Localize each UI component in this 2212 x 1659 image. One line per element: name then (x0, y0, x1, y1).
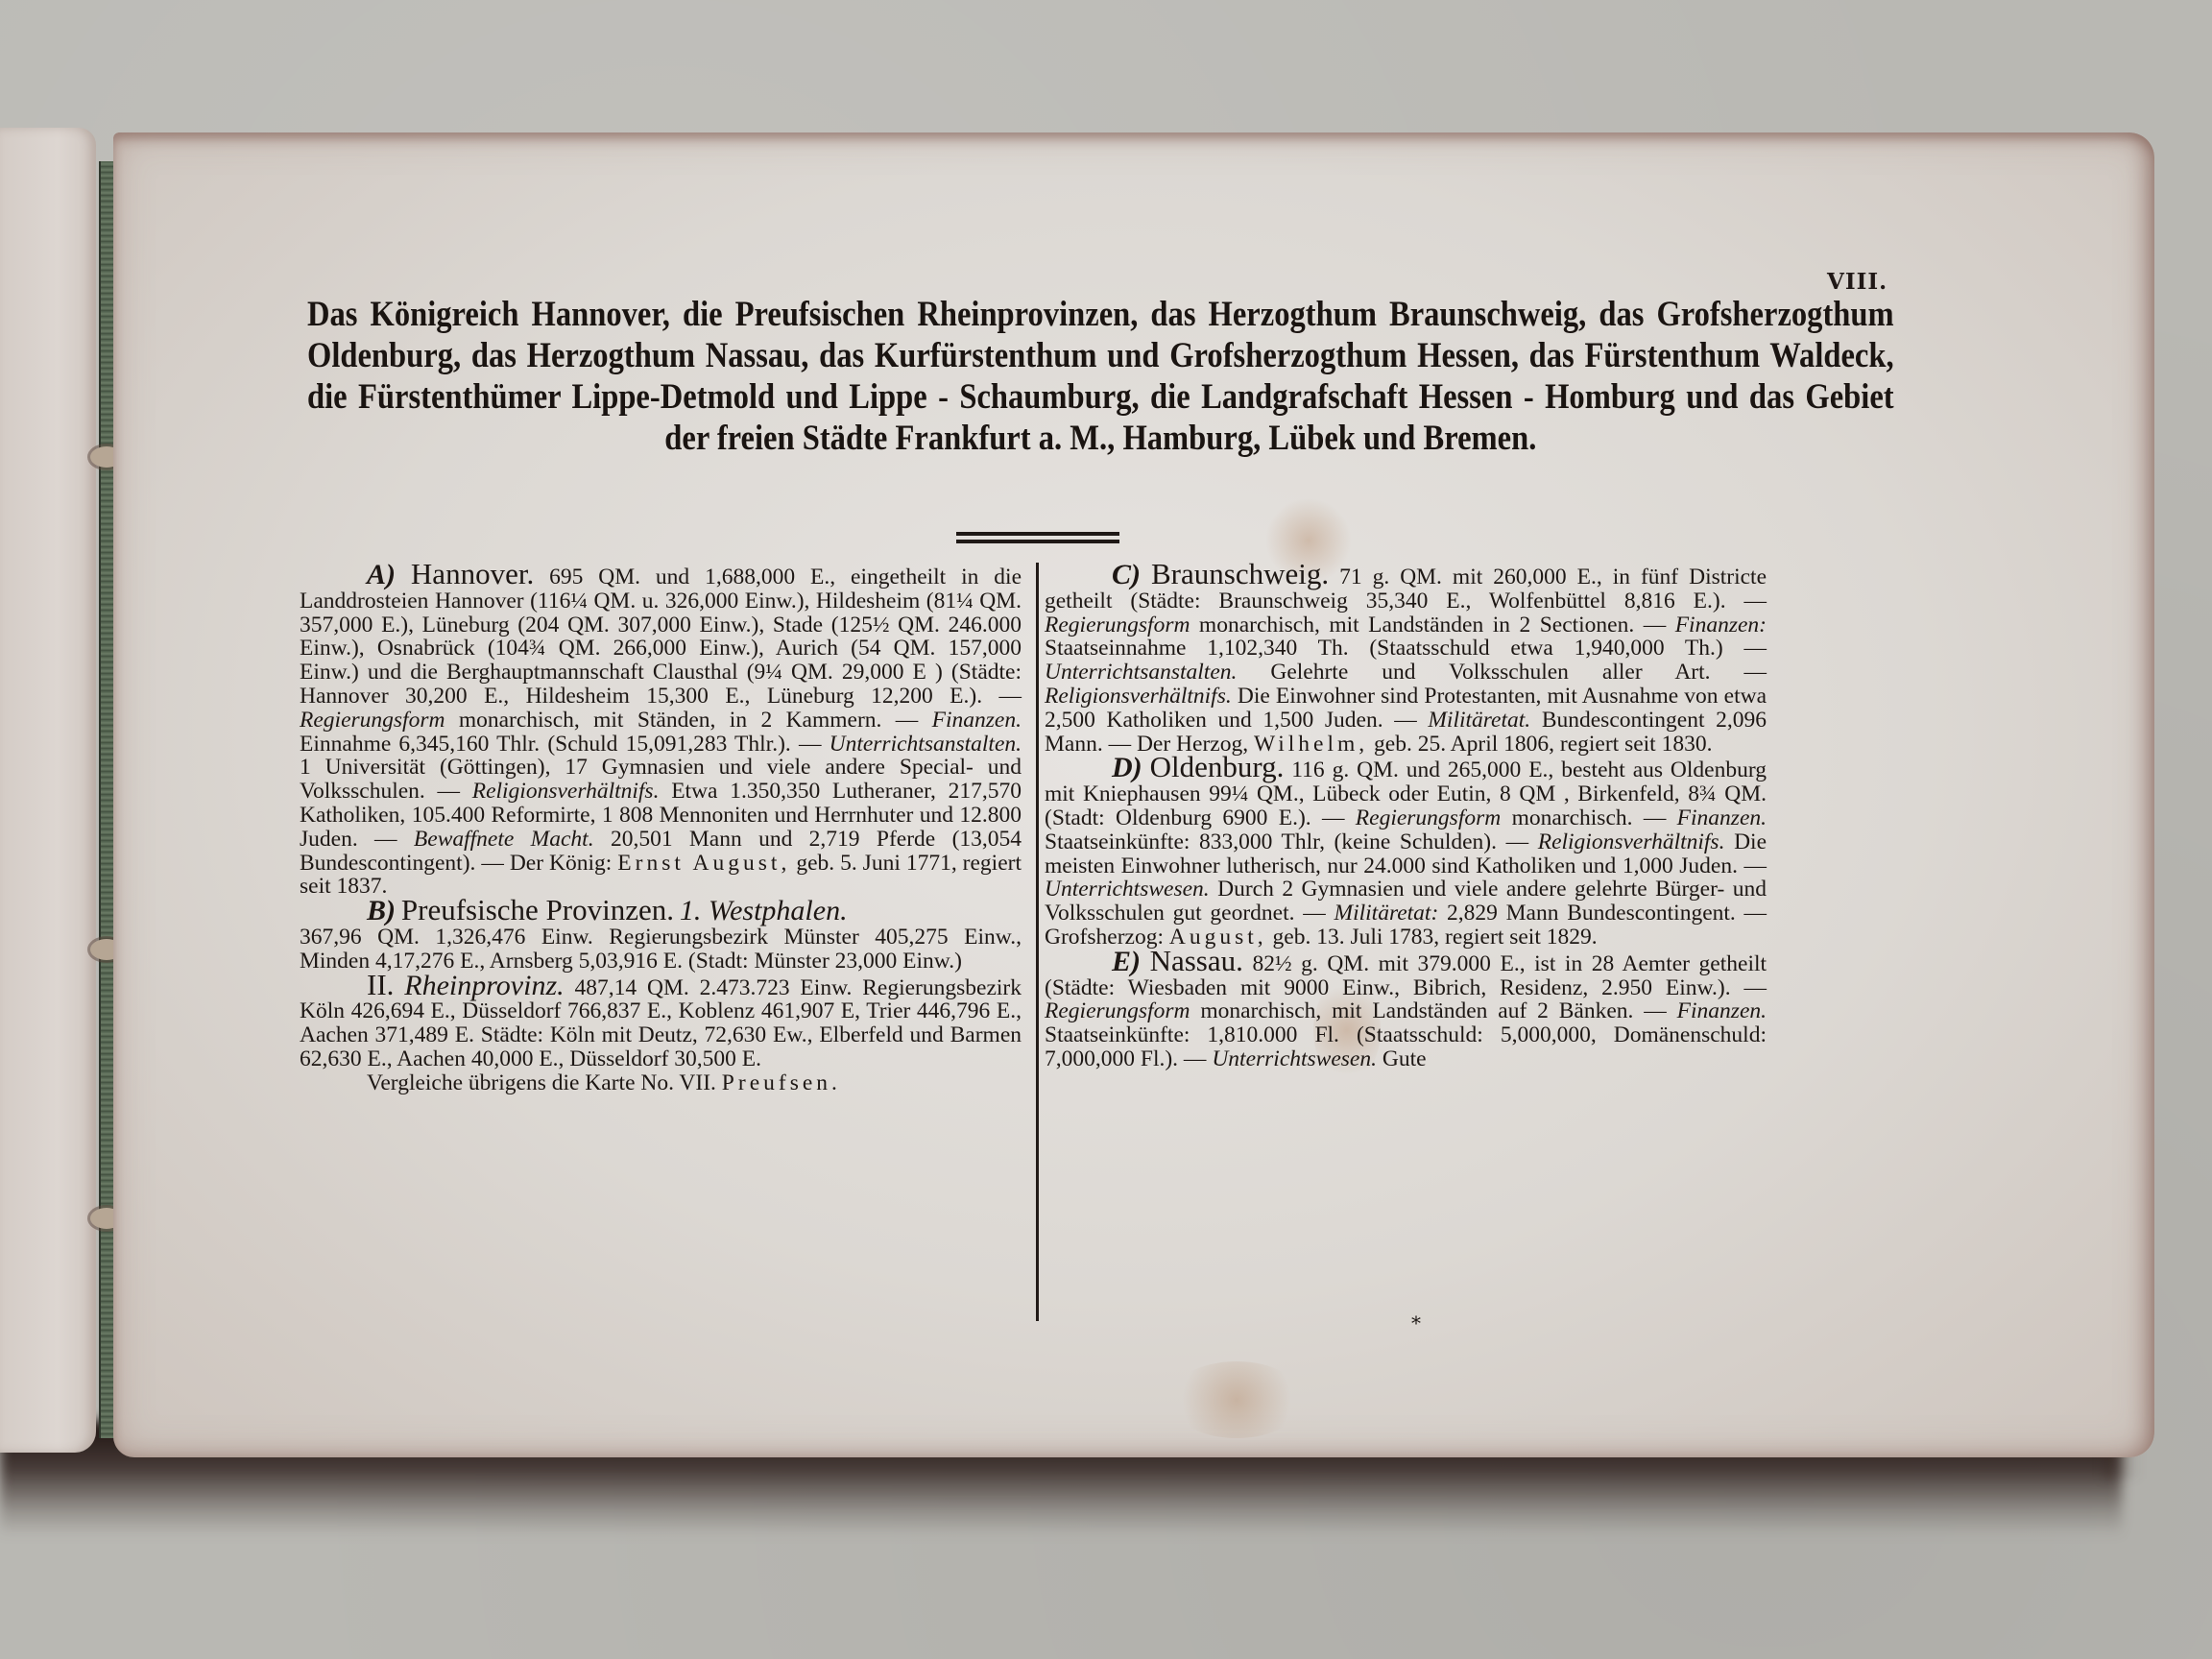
signature-mark: * (1411, 1311, 1421, 1334)
section-letter: A) (367, 559, 396, 590)
label: Militäretat: (1334, 901, 1439, 926)
label: Bewaffnete Macht. (414, 827, 594, 852)
label: Religionsverhältnifs. (1045, 684, 1232, 709)
section-name: Oldenburg. (1150, 750, 1285, 783)
label: Regierungsform (1045, 998, 1190, 1023)
section-text: 695 QM. und 1,688,000 E., eingetheilt in… (300, 565, 1022, 709)
section-letter: C) (1112, 559, 1141, 590)
right-column: C) Braunschweig. 71 g. QM. mit 260,000 E… (1045, 563, 1767, 1071)
section-text: Staatseinnahme 1,102,340 Th. (Staatsschu… (1045, 636, 1767, 661)
label: Unterrichtsanstalten. (1045, 660, 1237, 685)
section-text: monarchisch, mit Landständen in 2 Sectio… (1199, 613, 1666, 637)
section-text: Gelehrte und Volksschulen aller Art. — (1270, 660, 1767, 685)
label: Unterrichtswesen. (1212, 1046, 1377, 1071)
left-column: A) Hannover. 695 QM. und 1,688,000 E., e… (300, 563, 1022, 1095)
section-letter: B) (367, 895, 396, 926)
section-name: Preufsische Provinzen. (401, 893, 674, 926)
section-preussen: B) Preufsische Provinzen. 1. Westphalen. (300, 899, 1022, 926)
label: Regierungsform (1356, 805, 1501, 830)
section-oldenburg: D) Oldenburg. 116 g. QM. und 265,000 E.,… (1045, 756, 1767, 949)
label: Religionsverhältnifs. (1538, 829, 1725, 854)
title-rule-bottom (956, 540, 1119, 543)
label: Religionsverhältnifs. (472, 779, 660, 804)
westphalen-text: 367,96 QM. 1,326,476 Einw. Regierungsbez… (300, 926, 1022, 974)
section-text: Gute (1382, 1046, 1427, 1071)
section-text: 367,96 QM. 1,326,476 Einw. Regierungsbez… (300, 925, 1022, 974)
column-divider (1036, 563, 1039, 1321)
section-text: monarchisch, mit Landständen auf 2 Bänke… (1200, 998, 1666, 1023)
map-reference: Preufsen. (722, 1070, 841, 1095)
label: Militäretat. (1428, 708, 1530, 733)
page-content: VIII. Das Königreich Hannover, die Preuf… (113, 132, 2154, 1457)
section-name: Braunschweig. (1151, 557, 1329, 590)
note-text: Vergleiche übrigens die Karte No. VII. (367, 1070, 716, 1095)
label: Unterrichtswesen. (1045, 877, 1210, 902)
section-nassau: E) Nassau. 82½ g. QM. mit 379.000 E., is… (1045, 950, 1767, 1071)
section-text: monarchisch. — (1512, 805, 1667, 830)
label: Finanzen. (932, 708, 1022, 733)
label: Finanzen: (1675, 613, 1767, 637)
section-text: geb. 13. Juli 1783, regiert seit 1829. (1273, 925, 1598, 950)
section-text: Staatseinkünfte: 833,000 Thlr, (keine Sc… (1045, 829, 1528, 854)
subsection-name: 1. Westphalen. (680, 895, 848, 926)
label: Unterrichtsanstalten. (829, 732, 1022, 757)
label: Finanzen. (1677, 998, 1767, 1023)
label: Regierungsform (1045, 613, 1190, 637)
label: Finanzen. (1677, 805, 1767, 830)
see-also-note: Vergleiche übrigens die Karte No. VII. P… (300, 1071, 1022, 1095)
section-text: geb. 25. April 1806, regiert seit 1830. (1374, 732, 1712, 757)
section-letter: D) (1112, 752, 1142, 783)
section-text: Einnahme 6,345,160 Thlr. (Schuld 15,091,… (300, 732, 821, 757)
subsection-number: II. (367, 968, 394, 1001)
section-name: Hannover. (411, 557, 534, 590)
page-number: VIII. (1827, 269, 1887, 295)
section-hannover: A) Hannover. 695 QM. und 1,688,000 E., e… (300, 563, 1022, 899)
section-text: monarchisch, mit Ständen, in 2 Kammern. … (459, 708, 918, 733)
book-page: VIII. Das Königreich Hannover, die Preuf… (113, 132, 2154, 1457)
title-rule-top (956, 532, 1119, 536)
section-braunschweig: C) Braunschweig. 71 g. QM. mit 260,000 E… (1045, 563, 1767, 756)
ruler-name: Ernst August, (617, 851, 790, 876)
section-name: Nassau. (1150, 944, 1243, 977)
page-title: Das Königreich Hannover, die Preufsische… (307, 294, 1894, 459)
label: Regierungsform (300, 708, 445, 733)
previous-page-edge (0, 128, 96, 1453)
subsection-name: Rheinprovinz. (404, 970, 564, 1001)
rheinprovinz-text: II. Rheinprovinz. 487,14 QM. 2.473.723 E… (300, 974, 1022, 1071)
section-letter: E) (1112, 946, 1141, 977)
